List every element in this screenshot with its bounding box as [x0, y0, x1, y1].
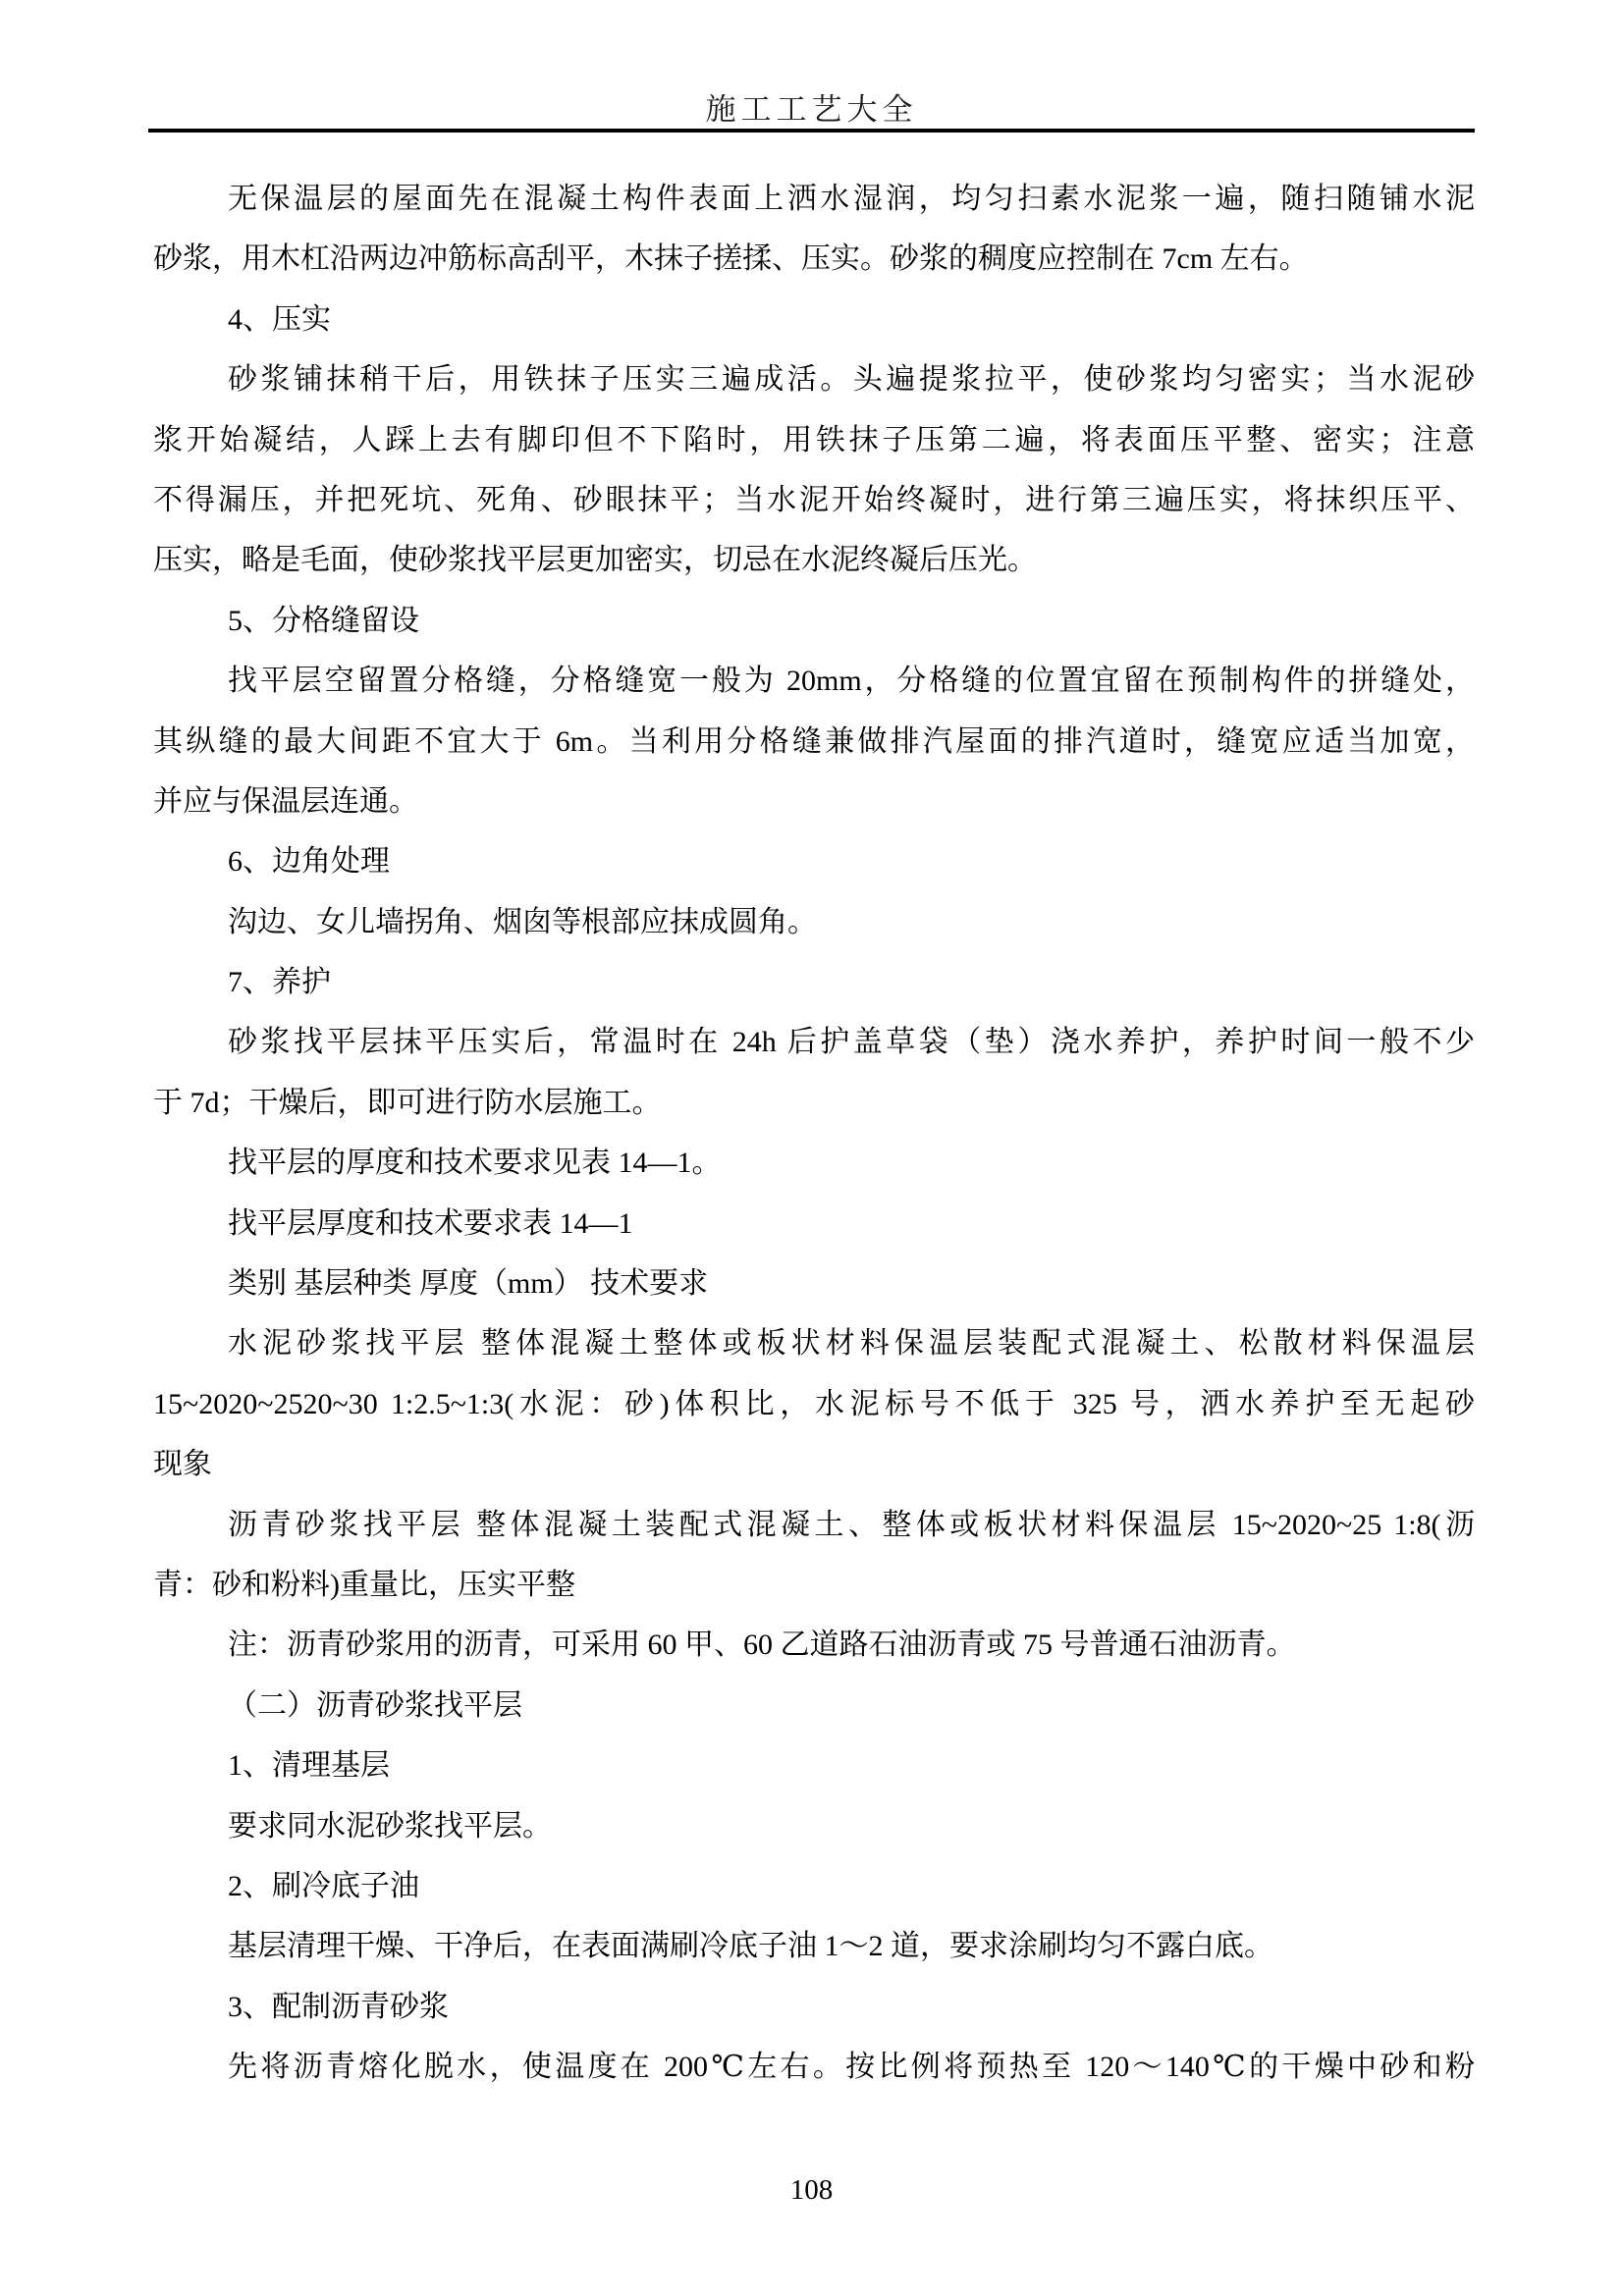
text-line: 3、配制沥青砂浆 [153, 1977, 1475, 2037]
text-line: 并应与保温层连通。 [153, 772, 1475, 831]
text-line: 沥青砂浆找平层 整体混凝土装配式混凝土、整体或板状材料保温层 15~2020~2… [153, 1495, 1475, 1555]
text-line: 现象 [153, 1434, 1475, 1494]
text-line: 不得漏压，并把死坑、死角、砂眼抹平；当水泥开始终凝时，进行第三遍压实，将抹织压平… [153, 470, 1475, 530]
text-line: 基层清理干燥、干净后，在表面满刷冷底子油 1～2 道，要求涂刷均匀不露白底。 [153, 1916, 1475, 1976]
text-line: 浆开始凝结，人踩上去有脚印但不下陷时，用铁抹子压第二遍，将表面压平整、密实；注意 [153, 410, 1475, 470]
text-line: 压实，略是毛面，使砂浆找平层更加密实，切忌在水泥终凝后压光。 [153, 530, 1475, 590]
text-line: 砂浆找平层抹平压实后，常温时在 24h 后护盖草袋（垫）浇水养护，养护时间一般不… [153, 1012, 1475, 1072]
text-line: 找平层的厚度和技术要求见表 14—1。 [153, 1133, 1475, 1193]
text-line: 类别 基层种类 厚度（mm） 技术要求 [153, 1254, 1475, 1313]
text-line: 先将沥青熔化脱水，使温度在 200℃左右。按比例将预热至 120～140℃的干燥… [153, 2037, 1475, 2097]
text-line: 找平层厚度和技术要求表 14—1 [153, 1194, 1475, 1254]
text-line: 6、边角处理 [153, 831, 1475, 891]
text-line: 沟边、女儿墙拐角、烟囱等根部应抹成圆角。 [153, 892, 1475, 952]
text-line: 找平层空留置分格缝，分格缝宽一般为 20mm，分格缝的位置宜留在预制构件的拼缝处… [153, 651, 1475, 711]
page-number: 108 [0, 2167, 1623, 2213]
text-line: 4、压实 [153, 290, 1475, 349]
text-line: 2、刷冷底子油 [153, 1856, 1475, 1916]
text-line: 砂浆铺抹稍干后，用铁抹子压实三遍成活。头遍提浆拉平，使砂浆均匀密实；当水泥砂 [153, 349, 1475, 409]
text-line: 1、清理基层 [153, 1735, 1475, 1795]
text-line: 其纵缝的最大间距不宜大于 6m。当利用分格缝兼做排汽屋面的排汽道时，缝宽应适当加… [153, 712, 1475, 772]
text-line: 于 7d；干燥后，即可进行防水层施工。 [153, 1073, 1475, 1133]
text-line: 无保温层的屋面先在混凝土构件表面上洒水湿润，均匀扫素水泥浆一遍，随扫随铺水泥 [153, 169, 1475, 229]
text-line: 要求同水泥砂浆找平层。 [153, 1796, 1475, 1856]
text-line: 15~2020~2520~30 1:2.5~1:3(水泥：砂)体积比，水泥标号不… [153, 1374, 1475, 1434]
text-line: （二）沥青砂浆找平层 [153, 1676, 1475, 1735]
header-divider [148, 129, 1475, 133]
document-body: 无保温层的屋面先在混凝土构件表面上洒水湿润，均匀扫素水泥浆一遍，随扫随铺水泥砂浆… [153, 169, 1475, 2098]
text-line: 青：砂和粉料)重量比，压实平整 [153, 1555, 1475, 1615]
text-line: 砂浆，用木杠沿两边冲筋标高刮平，木抹子搓揉、压实。砂浆的稠度应控制在 7cm 左… [153, 229, 1475, 289]
text-line: 水泥砂浆找平层 整体混凝土整体或板状材料保温层装配式混凝土、松散材料保温层 [153, 1313, 1475, 1373]
text-line: 5、分格缝留设 [153, 591, 1475, 651]
page-header-title: 施工工艺大全 [0, 84, 1623, 129]
text-line: 注：沥青砂浆用的沥青，可采用 60 甲、60 乙道路石油沥青或 75 号普通石油… [153, 1615, 1475, 1675]
text-line: 7、养护 [153, 952, 1475, 1012]
document-page: 施工工艺大全 无保温层的屋面先在混凝土构件表面上洒水湿润，均匀扫素水泥浆一遍，随… [0, 0, 1623, 2296]
